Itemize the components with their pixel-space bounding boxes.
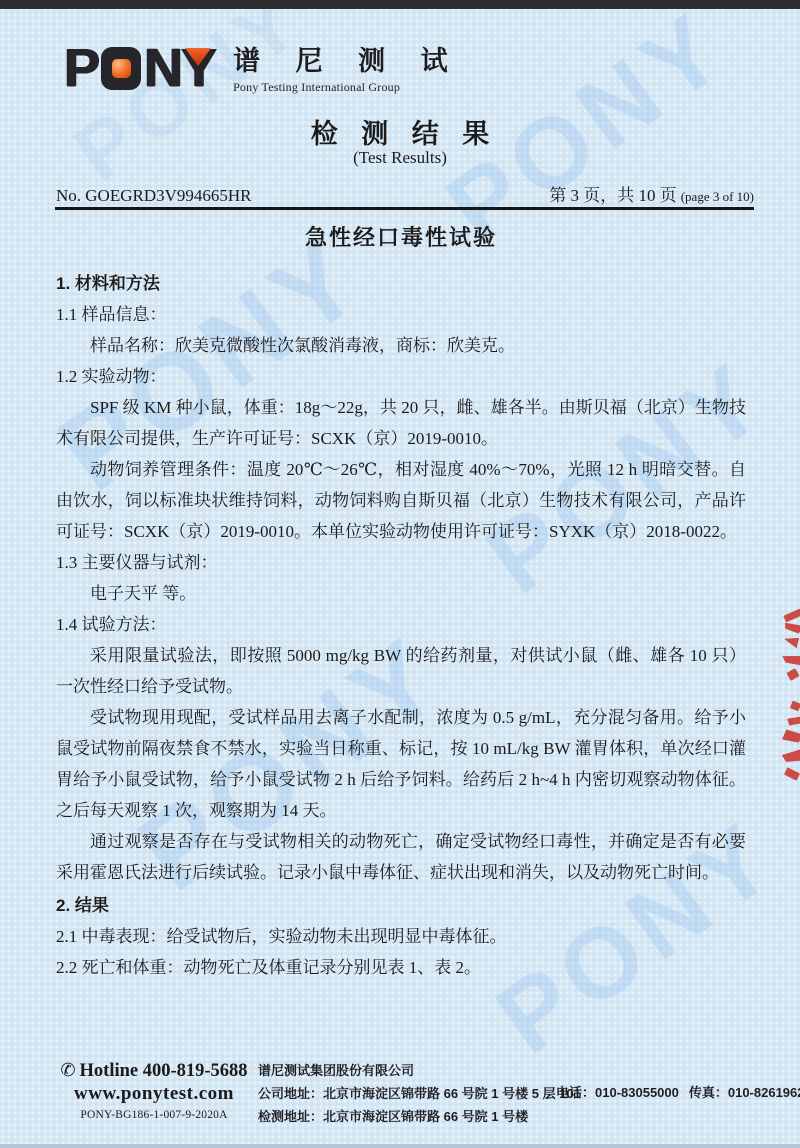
logo-letter-o: [101, 47, 141, 90]
document-blocks: 1. 材料和方法1.1 样品信息：样品名称：欣美克微酸性次氯酸消毒液，商标：欣美…: [56, 268, 746, 983]
footer-fax: 传真：010-82619629: [689, 1085, 800, 1100]
company-name-en: Pony Testing International Group: [233, 80, 462, 95]
logo-letter-n: N: [144, 45, 181, 91]
page-indicator-cn: 第 3 页，共 10 页: [549, 186, 677, 205]
document-body: 急性经口毒性试验 1. 材料和方法1.1 样品信息：样品名称：欣美克微酸性次氯酸…: [56, 222, 746, 983]
report-meta-row: No. GOEGRD3V994665HR 第 3 页，共 10 页(page 3…: [56, 181, 754, 206]
doc-block-para: 采用限量试验法，即按照 5000 mg/kg BW 的给药剂量，对供试小鼠（雌、…: [56, 640, 746, 702]
logo-letter-y: Y: [181, 45, 215, 91]
doc-block-section: 2. 结果: [56, 890, 746, 921]
hotline-text: Hotline 400-819-5688: [80, 1061, 248, 1081]
doc-block-para: 通过观察是否存在与受试物相关的动物死亡，确定受试物经口毒性，并确定是否有必要采用…: [56, 826, 746, 888]
scan-bottom-edge: [0, 1144, 800, 1148]
scanned-report-page: PONY PONY PONY PONY PONY PONY P N Y 谱 尼 …: [0, 0, 800, 1148]
report-number: No. GOEGRD3V994665HR: [56, 186, 252, 206]
doc-block-sub: 1.3 主要仪器与试剂：: [56, 547, 746, 578]
background-watermark: PONY: [58, 0, 321, 199]
header-rule: [55, 207, 754, 210]
doc-block-indent: 样品名称：欣美克微酸性次氯酸消毒液，商标：欣美克。: [56, 330, 746, 361]
scan-top-edge: [0, 0, 800, 9]
doc-block-section: 1. 材料和方法: [56, 268, 746, 299]
doc-block-sub: 1.4 试验方法：: [56, 609, 746, 640]
hotline: ✆Hotline 400-819-5688: [56, 1060, 252, 1082]
doc-block-para: 动物饲养管理条件：温度 20℃～26℃，相对湿度 40%～70%，光照 12 h…: [56, 454, 746, 547]
website-text: www.ponytest.com: [56, 1083, 252, 1105]
doc-block-sub: 2.2 死亡和体重：动物死亡及体重记录分别见表 1、表 2。: [56, 952, 746, 983]
red-seal-fragment-bottom: [774, 698, 800, 794]
logo-letter-p: P: [64, 45, 98, 91]
logo-letter-y-glyph: Y: [181, 38, 215, 98]
footer-phone: 电话：010-83055000: [556, 1085, 679, 1100]
company-full-name: 谱尼测试集团股份有限公司: [258, 1059, 581, 1082]
page-indicator: 第 3 页，共 10 页(page 3 of 10): [549, 181, 754, 206]
page-indicator-en: (page 3 of 10): [681, 189, 754, 204]
footer-phone-fax: 电话：010-83055000传真：010-82619629: [556, 1082, 800, 1101]
footer: ✆Hotline 400-819-5688 www.ponytest.com P…: [0, 1056, 800, 1140]
doc-block-sub: 1.1 样品信息：: [56, 299, 746, 330]
phone-icon: ✆: [60, 1060, 75, 1081]
company-name-block: 谱 尼 测 试 Pony Testing International Group: [233, 44, 462, 95]
doc-block-sub: 1.2 实验动物：: [56, 361, 746, 392]
company-name-cn: 谱 尼 测 试: [233, 46, 462, 76]
doc-block-para: SPF 级 KM 种小鼠，体重：18g～22g，共 20 只，雌、雄各半。由斯贝…: [56, 392, 746, 454]
report-title-cn: 检 测 结 果: [0, 112, 800, 151]
footer-contact-block: ✆Hotline 400-819-5688 www.ponytest.com P…: [56, 1060, 252, 1121]
company-address: 公司地址：北京市海淀区锦带路 66 号院 1 号楼 5 层 101: [258, 1082, 581, 1105]
doc-block-para: 受试物现用现配，受试样品用去离子水配制，浓度为 0.5 g/mL，充分混匀备用。…: [56, 702, 746, 826]
test-section-title: 急性经口毒性试验: [56, 222, 746, 254]
doc-block-sub: 2.1 中毒表现：给受试物后，实验动物未出现明显中毒体征。: [56, 921, 746, 952]
header-logo-row: P N Y 谱 尼 测 试 Pony Testing International…: [64, 44, 462, 95]
doc-block-indent: 电子天平 等。: [56, 578, 746, 609]
footer-address-block: 谱尼测试集团股份有限公司 公司地址：北京市海淀区锦带路 66 号院 1 号楼 5…: [258, 1059, 581, 1128]
pony-logo: P N Y: [64, 44, 215, 92]
form-code: PONY-BG186-1-007-9-2020A: [56, 1109, 252, 1121]
testing-address: 检测地址：北京市海淀区锦带路 66 号院 1 号楼: [258, 1105, 581, 1128]
red-seal-fragment-top: [774, 610, 800, 684]
report-title-en: (Test Results): [0, 148, 800, 168]
logo-orange-square-icon: [112, 59, 131, 78]
